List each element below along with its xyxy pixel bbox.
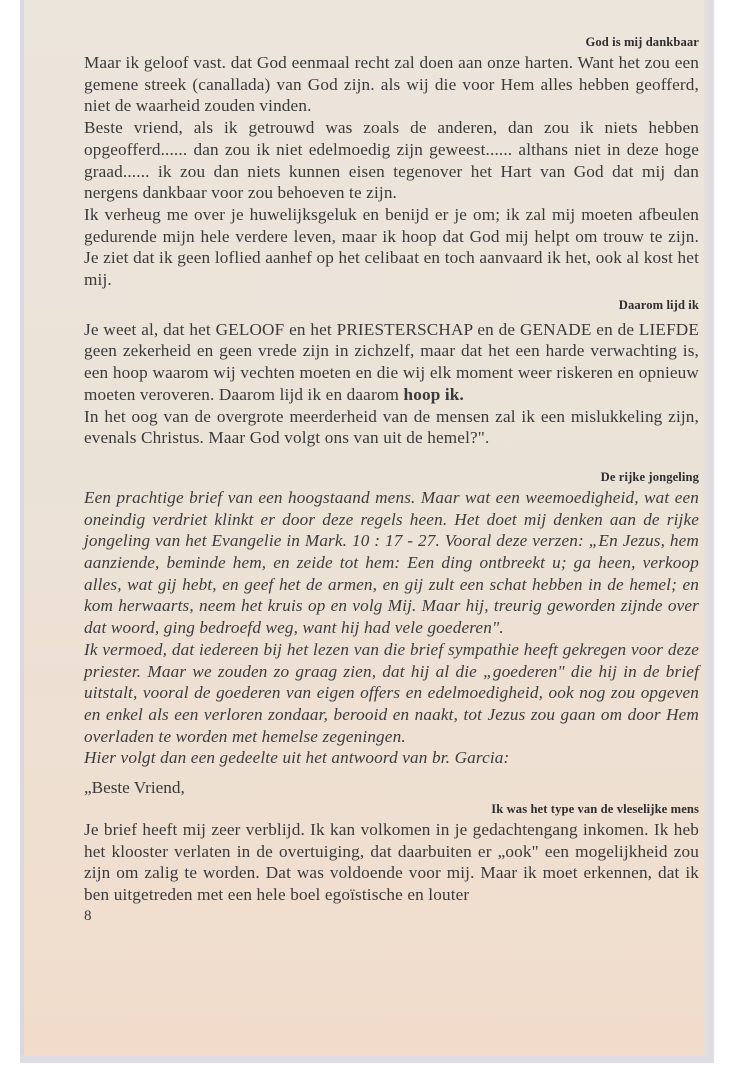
emphasis-hoop-ik: hoop ik. [404, 385, 464, 404]
page-edge-right [704, 0, 714, 1060]
italic-paragraph: Hier volgt dan een gedeelte uit het antw… [84, 747, 699, 769]
paragraph: Je brief heeft mij zeer verblijd. Ik kan… [84, 819, 699, 906]
italic-paragraph: Een prachtige brief van een hoogstaand m… [84, 487, 699, 639]
paragraph-text: Je weet al, dat het GELOOF en het PRIEST… [84, 320, 699, 404]
page-edge-bottom [20, 1055, 714, 1063]
page-content: God is mij dankbaar Maar ik geloof vast.… [84, 32, 699, 927]
section-heading-de-rijke-jongeling: De rijke jongeling [84, 467, 699, 487]
section-heading-god-is-mij-dankbaar: God is mij dankbaar [84, 32, 699, 52]
paragraph: Ik verheug me over je huwelijksgeluk en … [84, 204, 699, 291]
paragraph: In het oog van de overgrote meerderheid … [84, 406, 699, 449]
italic-paragraph: Ik vermoed, dat iedereen bij het lezen v… [84, 639, 699, 748]
section-heading-daarom-lijd-ik: Daarom lijd ik [84, 295, 699, 315]
paragraph: Je weet al, dat het GELOOF en het PRIEST… [84, 319, 699, 406]
section-heading-vleselijke-mens: Ik was het type van de vleselijke mens [84, 799, 699, 819]
paragraph: Beste vriend, als ik getrouwd was zoals … [84, 117, 699, 204]
letter-salutation: „Beste Vriend, [84, 777, 699, 799]
page-number: 8 [84, 906, 699, 928]
paragraph: Maar ik geloof vast. dat God eenmaal rec… [84, 52, 699, 117]
